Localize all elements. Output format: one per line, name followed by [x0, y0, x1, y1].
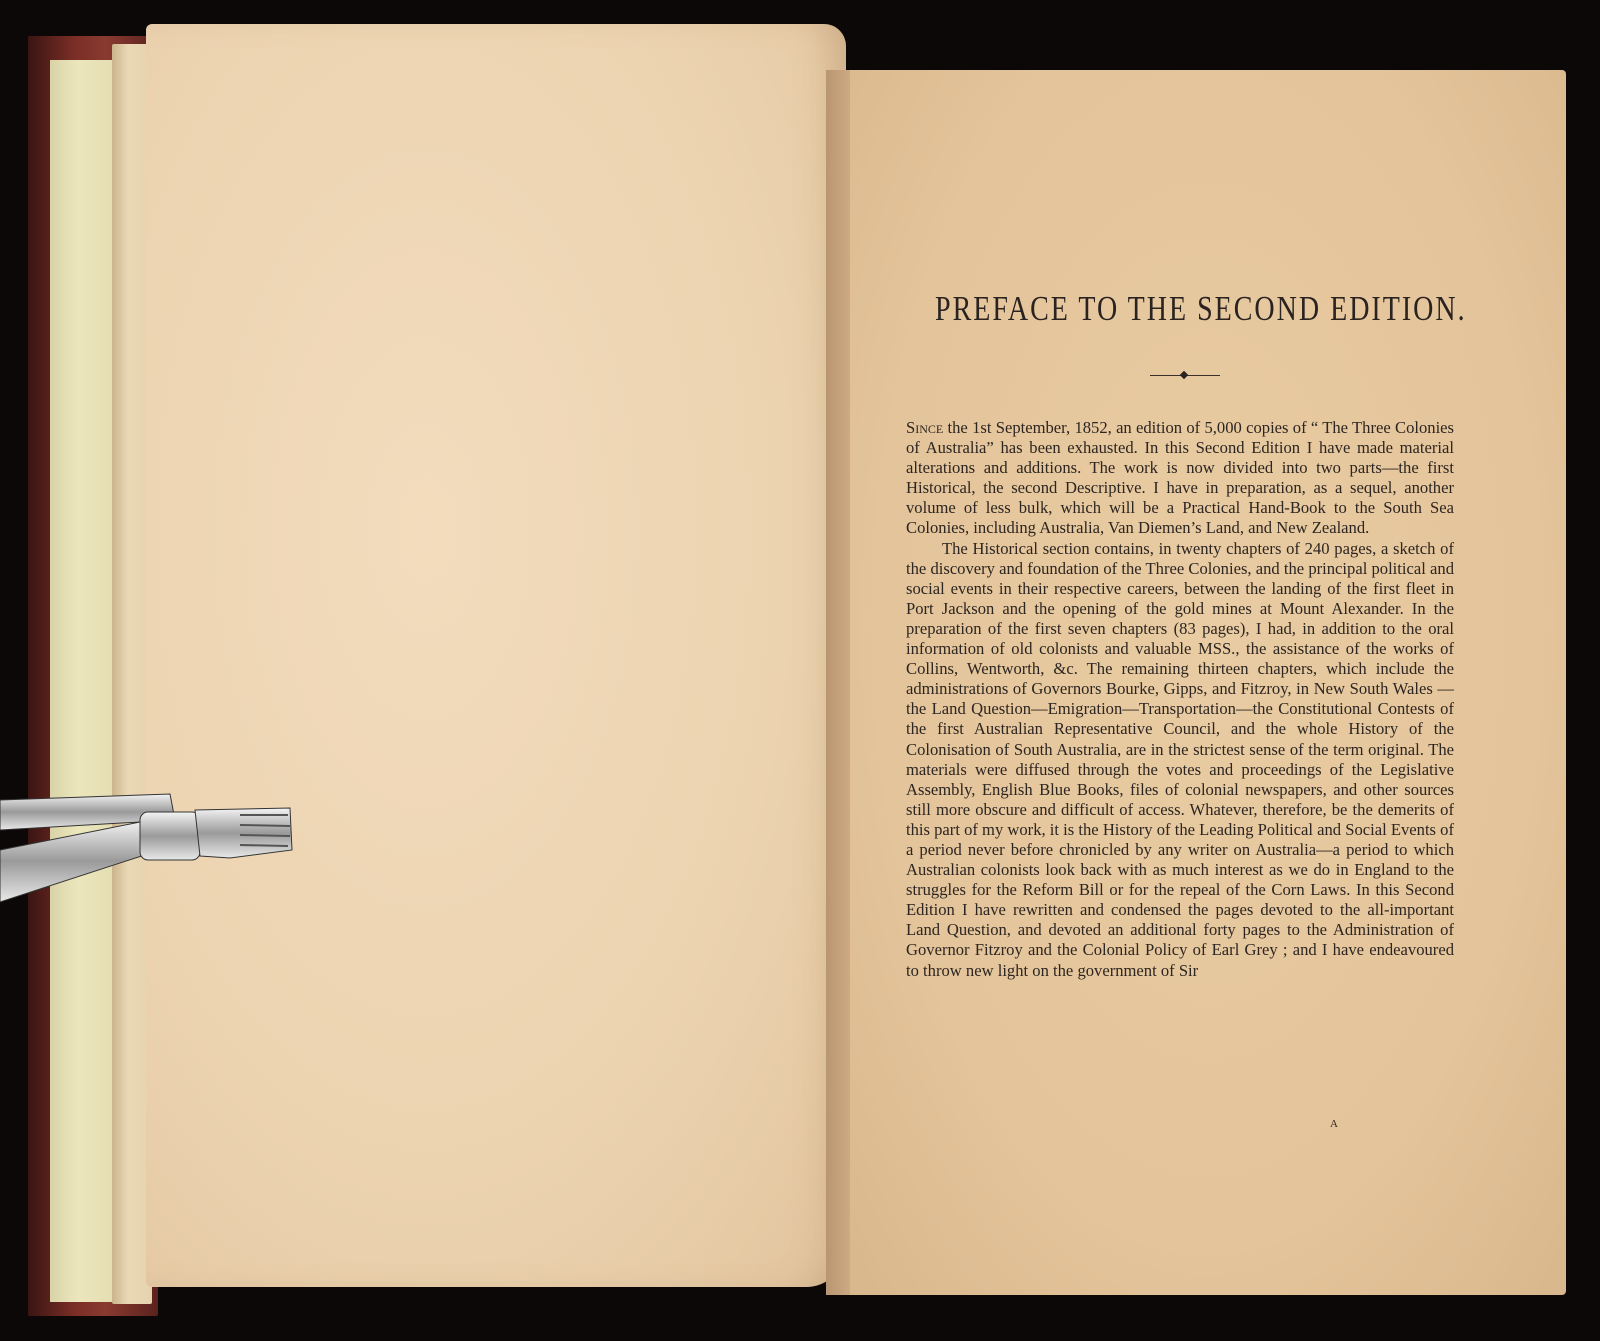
ornament-rule-icon: [1150, 372, 1220, 378]
silver-hand-bookmark-icon: [0, 790, 300, 930]
paragraph-2: The Historical section contains, in twen…: [906, 539, 1454, 981]
page-title: PREFACE TO THE SECOND EDITION.: [935, 290, 1435, 330]
signature-mark: A: [1330, 1118, 1338, 1130]
paragraph-1: Since the 1st September, 1852, an editio…: [906, 418, 1454, 539]
preface-body: Since the 1st September, 1852, an editio…: [906, 418, 1454, 981]
endpaper: [50, 60, 120, 1302]
small-caps-lead: Since: [906, 418, 943, 437]
blank-left-page: [146, 24, 846, 1287]
